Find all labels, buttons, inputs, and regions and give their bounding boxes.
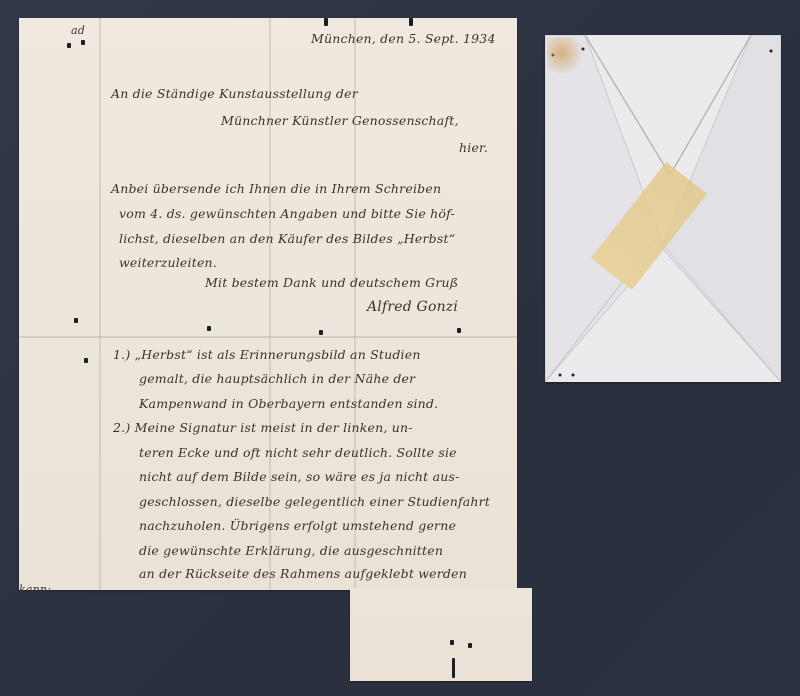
body-line-2: vom 4. ds. gewünschten Angaben und bitte… <box>119 206 455 221</box>
note-line-2: gemalt, die hauptsächlich in der Nähe de… <box>139 371 415 386</box>
punch-hole <box>207 326 211 331</box>
corner-mark: ad <box>71 24 85 37</box>
punch-hole <box>81 40 85 45</box>
note-line-6: nicht auf dem Bilde sein, so wäre es ja … <box>139 469 460 484</box>
note-line-10: an der Rückseite des Rahmens aufgeklebt … <box>139 566 467 581</box>
note-line-11: kann: <box>19 583 51 596</box>
place-date: München, den 5. Sept. 1934 <box>311 31 496 46</box>
note-line-7: geschlossen, dieselbe gelegentlich einer… <box>139 494 490 509</box>
fold-line <box>99 18 101 590</box>
punch-hole <box>450 640 454 645</box>
note-line-4: 2.) Meine Signatur ist meist in der link… <box>113 420 413 435</box>
punch-hole <box>84 358 88 363</box>
envelope-back <box>545 35 781 382</box>
punch-hole <box>409 18 413 26</box>
stain-mark <box>547 37 583 77</box>
address-line-1: An die Ständige Kunstausstellung der <box>111 86 358 101</box>
tear-mark <box>452 658 455 678</box>
body-line-1: Anbei übersende ich Ihnen die in Ihrem S… <box>111 181 441 196</box>
note-line-9: die gewünschte Erklärung, die ausgeschni… <box>139 543 443 558</box>
note-line-8: nachzuholen. Übrigens erfolgt umstehend … <box>139 518 456 533</box>
closing: Mit bestem Dank und deutschem Gruß <box>205 275 458 290</box>
punch-hole <box>67 43 71 48</box>
note-line-5: teren Ecke und oft nicht sehr deutlich. … <box>139 445 457 460</box>
punch-hole <box>324 18 328 26</box>
punch-hole <box>468 643 472 648</box>
letter-bottom-tab <box>350 588 532 681</box>
fold-line <box>19 336 517 338</box>
body-line-4: weiterzuleiten. <box>119 255 217 270</box>
note-line-3: Kampenwand in Oberbayern entstanden sind… <box>139 396 438 411</box>
punch-hole <box>457 328 461 333</box>
letter-sheet: ad München, den 5. Sept. 1934 An die Stä… <box>19 18 517 590</box>
punch-hole <box>74 318 78 323</box>
body-line-3: lichst, dieselben an den Käufer des Bild… <box>119 231 455 246</box>
punch-hole <box>319 330 323 335</box>
address-line-3: hier. <box>459 140 488 155</box>
note-line-1: 1.) „Herbst“ ist als Erinnerungsbild an … <box>113 347 421 362</box>
address-line-2: Münchner Künstler Genossenschaft, <box>221 113 459 128</box>
signature: Alfred Gonzi <box>367 299 458 315</box>
